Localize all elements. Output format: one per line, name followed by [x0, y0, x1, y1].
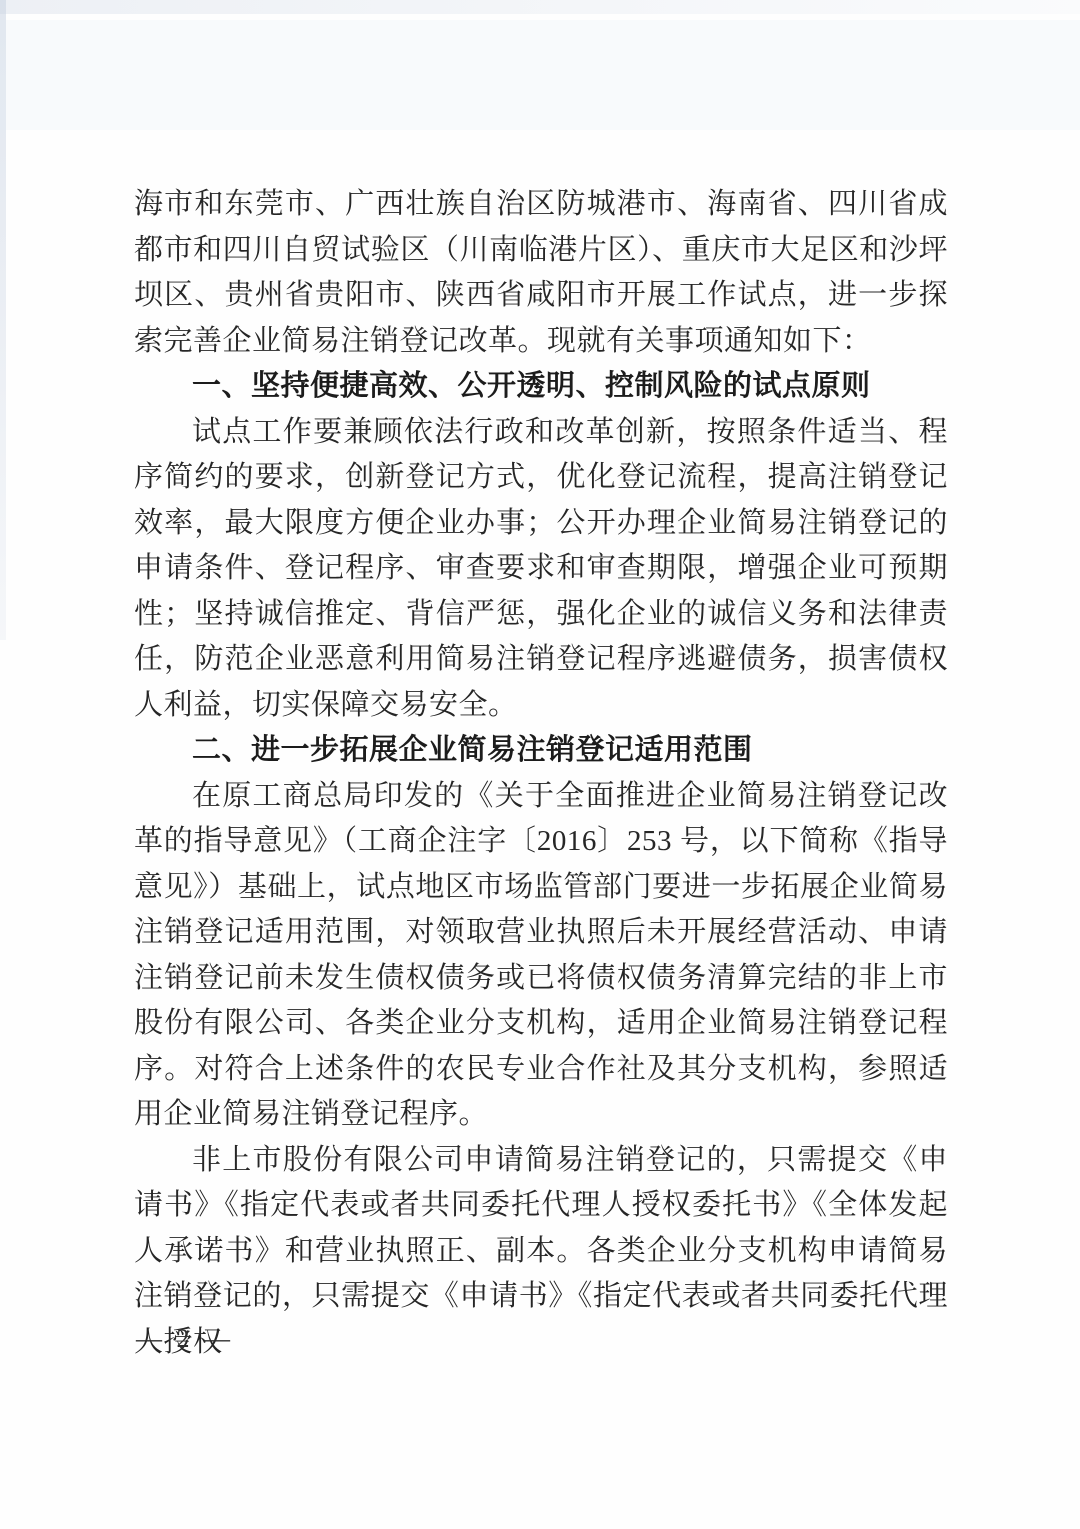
paragraph-section-1-principles: 试点工作要兼顾依法行政和改革创新，按照条件适当、程序简约的要求，创新登记方式，优…	[134, 410, 948, 729]
paragraph-section-2-materials: 非上市股份有限公司申请简易注销登记的，只需提交《申请书》《指定代表或者共同委托代…	[134, 1138, 948, 1366]
scan-artifact-left-edge	[0, 0, 6, 640]
section-heading-2: 二、进一步拓展企业简易注销登记适用范围	[134, 728, 948, 774]
section-heading-1: 一、坚持便捷高效、公开透明、控制风险的试点原则	[134, 364, 948, 410]
page-number: — 2 —	[136, 1322, 234, 1356]
scan-artifact-tint-band	[0, 20, 1080, 130]
scan-artifact-top-edge	[0, 0, 1080, 14]
paragraph-section-2-scope: 在原工商总局印发的《关于全面推进企业简易注销登记改革的指导意见》（工商企注字〔2…	[134, 774, 948, 1138]
paragraph-continuation-pilot-regions: 海市和东莞市、广西壮族自治区防城港市、海南省、四川省成都市和四川自贸试验区（川南…	[134, 182, 948, 364]
document-page: 海市和东莞市、广西壮族自治区防城港市、海南省、四川省成都市和四川自贸试验区（川南…	[0, 0, 1080, 1529]
document-body: 海市和东莞市、广西壮族自治区防城港市、海南省、四川省成都市和四川自贸试验区（川南…	[134, 182, 948, 1365]
